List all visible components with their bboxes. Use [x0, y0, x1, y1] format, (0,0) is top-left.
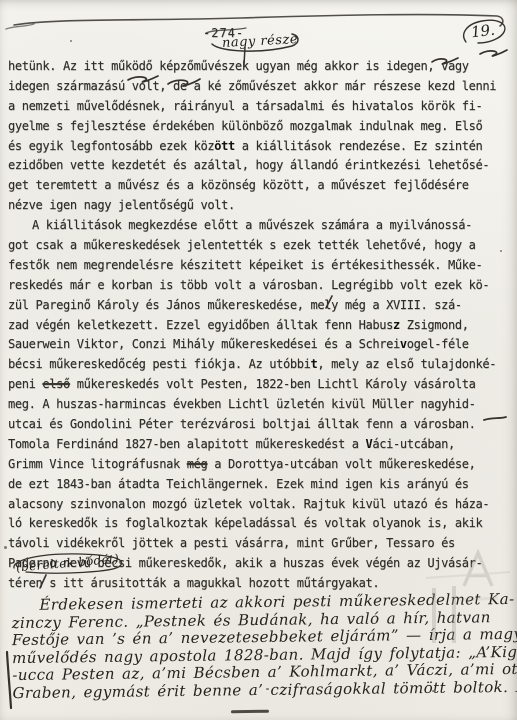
handwritten-top-annotation: nagy része — [222, 32, 299, 51]
typed-line: meg. A huszas-harmincas években Lichtl ü… — [8, 395, 513, 415]
scan-speck — [266, 688, 269, 690]
typed-line: és egyik legfontosább ezek között a kiál… — [8, 137, 513, 157]
typed-segment: ló kereskedők is foglalkoztak képeladáss… — [8, 516, 482, 530]
typed-segment: Zsigmond, — [400, 318, 469, 332]
scan-artifact-line — [231, 710, 269, 714]
typed-line: nézve igen nagy jelentőségű volt. — [8, 196, 513, 216]
typed-segment: a nemzeti művelődésnek, ráirányul a társ… — [8, 99, 482, 113]
typed-segment: Sauerwein Viktor, Conzi Mihály műkereske… — [8, 337, 400, 351]
typed-line: get teremtett a művész és a közönség köz… — [8, 176, 513, 196]
typed-line: festők nem megrendelésre készitett képei… — [8, 256, 513, 276]
typed-segment-hand: ött — [214, 139, 235, 153]
typed-line: got csak a műkereskedések jelentették s … — [8, 236, 513, 256]
typed-segment: zül Pareginő Károly és János műkereskedé… — [8, 298, 462, 312]
typed-segment: távoli vidékekről jöttek a pesti vásárra… — [8, 536, 455, 550]
typed-segment: meg. A huszas-harmincas években Lichtl ü… — [8, 397, 475, 411]
typed-segment: hetünk. Az itt működő képzőművészek ugya… — [8, 59, 469, 73]
typed-segment: műkereskedés volt Pesten, 1822-ben Licht… — [70, 377, 476, 391]
handwritten-line: Graben, egymást érit benne a’ czifraságo… — [12, 679, 514, 703]
typed-segment: gyelme s fejlesztése érdekében különböző… — [8, 119, 482, 133]
typed-line: gyelme s fejlesztése érdekében különböző… — [8, 117, 513, 137]
scan-speck — [4, 546, 7, 549]
typed-line: hetünk. Az itt működő képzőművészek ugya… — [8, 57, 513, 77]
typed-segment: zad végén keletkezett. Ezzel egyidőben á… — [8, 318, 393, 332]
typed-line: peni első műkereskedés volt Pesten, 1822… — [8, 375, 513, 395]
typed-segment-hand: v — [400, 337, 407, 351]
typed-segment: reskedés már e korban is több volt a vár… — [8, 278, 489, 292]
typed-line: reskedés már e korban is több volt a vár… — [8, 276, 513, 296]
typed-segment: get teremtett a művész és a közönség köz… — [8, 178, 469, 192]
typed-segment-hand: z — [393, 318, 400, 332]
typed-segment: téren s itt árusitották a magukkal hozot… — [8, 576, 379, 590]
typed-line: de ezt 1843-ban átadta Teichlängernek. E… — [8, 475, 513, 495]
typed-text-block: hetünk. Az itt működő képzőművészek ugya… — [8, 57, 513, 594]
typed-line: zad végén keletkezett. Ezzel egyidőben á… — [8, 316, 513, 336]
typed-segment: idegen származású volt, de a ké zőművész… — [8, 79, 496, 93]
scan-speck — [70, 40, 72, 42]
typed-line: ezidőben vette kezdetét és azáltal, hogy… — [8, 156, 513, 176]
typed-line: ló kereskedők is foglalkoztak képeladáss… — [8, 514, 513, 534]
corner-page-number: 19. — [470, 21, 496, 42]
typed-segment-strike: még — [187, 457, 208, 471]
typed-segment: ogel-féle — [407, 337, 469, 351]
scanned-page: -274- nagy része 19. hetünk. Az itt műkö… — [0, 0, 517, 720]
scan-speck — [432, 690, 435, 692]
typed-segment: utcai és Gondolini Péter terézvárosi bol… — [8, 417, 475, 431]
typed-line: Sauerwein Viktor, Conzi Mihály műkereske… — [8, 335, 513, 355]
scan-speck — [500, 250, 502, 252]
typed-segment: a Dorottya-utcában volt műkereskedése, — [207, 457, 475, 471]
typed-segment: peni — [8, 377, 42, 391]
typed-segment: festők nem megrendelésre készitett képei… — [8, 258, 482, 272]
faded-stamp — [420, 548, 515, 653]
typed-segment-strike: első — [42, 377, 70, 391]
typed-segment: ezidőben vette kezdetét és azáltal, hogy… — [8, 158, 489, 172]
typed-segment: A kiállitások megkezdése előtt a művésze… — [32, 218, 472, 232]
typed-segment: bécsi műkereskedőcég pesti fiókja. Az ut… — [8, 357, 310, 371]
typed-line: bécsi műkereskedőcég pesti fiókja. Az ut… — [8, 355, 513, 375]
typed-line: Grimm Vince litográfusnak még a Dorottya… — [8, 455, 513, 475]
typed-segment: alacsony szinvonalon mozgó üzletek volta… — [8, 497, 489, 511]
typed-line: Tomola Ferdinánd 1827-ben alapitott műke… — [8, 435, 513, 455]
typed-segment: és egyik legfontosább ezek köz — [8, 139, 214, 153]
typed-segment: , mely az első tulajdonké- — [317, 357, 496, 371]
typed-line: zül Pareginő Károly és János műkereskedé… — [8, 296, 513, 316]
typed-line: utcai és Gondolini Péter terézvárosi bol… — [8, 415, 513, 435]
typed-line: a nemzeti művelődésnek, ráirányul a társ… — [8, 97, 513, 117]
typed-segment: áci-utcában, — [372, 437, 455, 451]
typed-segment: nézve igen nagy jelentőségű volt. — [8, 198, 235, 212]
typed-line: A kiállitások megkezdése előtt a művésze… — [8, 216, 513, 236]
typed-line: alacsony szinvonalon mozgó üzletek volta… — [8, 495, 513, 515]
typed-segment: de ezt 1843-ban átadta Teichlängernek. E… — [8, 477, 469, 491]
typed-line: idegen származású volt, de a ké zőművész… — [8, 77, 513, 97]
typed-segment: got csak a műkereskedések jelentették s … — [8, 238, 475, 252]
typed-segment: a kiállitások rendezése. Ez szintén — [235, 139, 483, 153]
typed-segment: Grimm Vince litográfusnak — [8, 457, 187, 471]
typed-segment: Tomola Ferdinánd 1827-ben alapitott műke… — [8, 437, 365, 451]
